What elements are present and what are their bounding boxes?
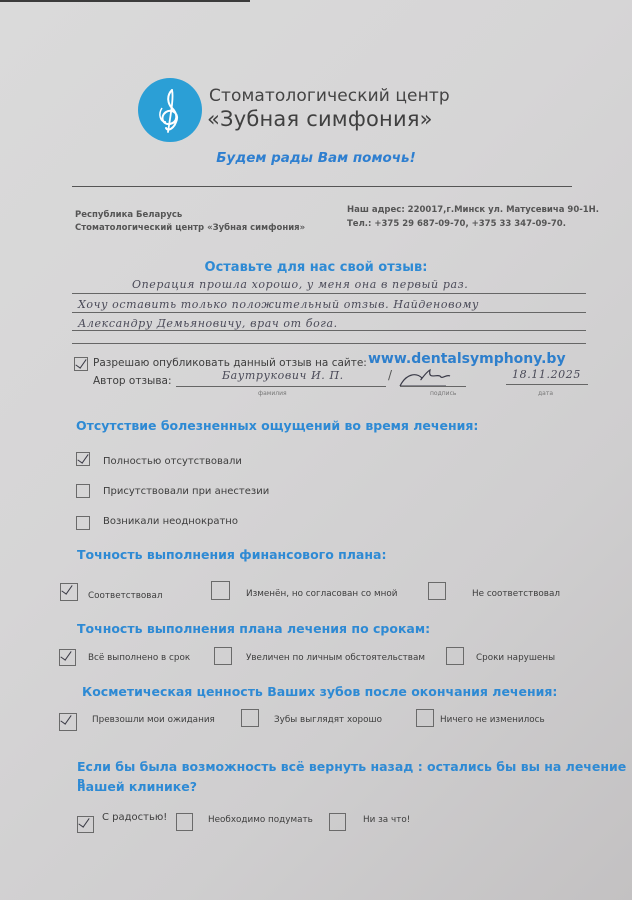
signature-line [400,386,466,387]
phone-text: Тел.: +375 29 687-09-70, +375 33 347-09-… [347,217,599,231]
cosmetic-option-good-label: Зубы выглядят хорошо [274,715,382,725]
schedule-option-ontime-checkbox[interactable] [59,649,76,666]
pain-option-anesthesia-label: Присутствовали при анестезии [103,486,269,497]
review-rule-1 [72,293,586,294]
country-text: Республика Беларусь [75,209,305,222]
review-line-3[interactable]: Александру Демьяновичу, врач от бога. [78,317,338,330]
brand-line-2: «Зубная симфония» [207,107,433,131]
clinic-logo [138,78,202,142]
return-option-gladly-label: С радостью! [102,812,167,823]
author-name-line [176,386,386,387]
return-option-gladly-checkbox[interactable] [77,816,94,833]
schedule-option-extended-label: Увеличен по личным обстоятельствам [246,653,425,663]
return-option-never-label: Ни за что! [363,815,410,825]
return-option-think-checkbox[interactable] [176,813,193,831]
photo-edge [0,0,250,2]
cosmetic-option-exceeded-checkbox[interactable] [59,713,77,731]
cosmetic-option-exceeded-label: Превзошли мои ожидания [92,715,215,725]
schedule-option-violated-checkbox[interactable] [446,647,464,665]
pain-option-repeated-label: Возникали неоднократно [103,516,238,527]
publish-consent-label: Разрешаю опубликовать данный отзыв на са… [93,357,367,369]
finance-option-matched-label: Соответствовал [88,591,162,601]
section-cosmetic-title: Косметическая ценность Ваших зубов после… [82,684,557,699]
return-option-think-label: Необходимо подумать [208,815,313,825]
tagline: Будем рады Вам помочь! [0,150,632,166]
pain-option-repeated-checkbox[interactable] [76,516,90,530]
cosmetic-option-unchanged-checkbox[interactable] [416,709,434,727]
surname-caption: фамилия [258,390,287,397]
return-option-never-checkbox[interactable] [329,813,346,831]
finance-option-matched-checkbox[interactable] [60,583,78,601]
author-name-field[interactable]: Баутрукович И. П. [222,369,344,382]
finance-option-unmatched-label: Не соответствовал [472,589,560,599]
review-line-2[interactable]: Хочу оставить только положительный отзыв… [78,298,479,311]
signature-mark[interactable] [396,364,456,392]
address-text: Наш адрес: 220017,г.Минск ул. Матусевича… [347,203,599,217]
signature-caption: подпись [430,390,456,397]
schedule-option-extended-checkbox[interactable] [214,647,232,665]
schedule-option-violated-label: Сроки нарушены [476,653,555,663]
finance-option-changed-label: Изменён, но согласован со мной [246,589,397,599]
header-divider [72,186,572,187]
pain-option-none-label: Полностью отсутствовали [103,456,242,467]
section-schedule-title: Точность выполнения плана лечения по сро… [77,621,430,636]
review-rule-2 [72,312,586,313]
return-option-gladly-text: С радостью! [102,812,167,823]
date-field[interactable]: 18.11.2025 [512,368,581,381]
date-caption: дата [538,390,553,397]
date-line [506,384,588,385]
review-rule-3 [72,330,586,331]
pain-option-none-checkbox[interactable] [76,452,90,466]
cosmetic-option-good-checkbox[interactable] [241,709,259,727]
pain-option-anesthesia-checkbox[interactable] [76,484,90,498]
review-title: Оставьте для нас свой отзыв: [0,260,632,275]
schedule-option-ontime-label: Всё выполнено в срок [88,653,190,663]
finance-option-changed-checkbox[interactable] [211,581,230,600]
author-label: Автор отзыва: [93,375,172,387]
review-rule-4 [72,343,586,344]
cosmetic-option-unchanged-label: Ничего не изменилось [440,715,545,725]
slash-separator: / [388,368,392,382]
section-finance-title: Точность выполнения финансового плана: [77,547,386,562]
finance-option-unmatched-checkbox[interactable] [428,582,446,600]
brand-line-1: Стоматологический центр [209,86,450,106]
section-return-title-line2: нашей клинике? [77,779,197,794]
review-line-1[interactable]: Операция прошла хорошо, у меня она в пер… [132,278,468,291]
clinic-name-text: Стоматологический центр «Зубная симфония… [75,222,305,235]
address-left: Республика Беларусь Стоматологический це… [75,209,305,235]
publish-consent-checkbox[interactable] [74,357,88,371]
treble-clef-tooth-icon [138,78,202,142]
section-pain-title: Отсутствие болезненных ощущений во время… [76,418,478,433]
address-right: Наш адрес: 220017,г.Минск ул. Матусевича… [347,203,599,231]
